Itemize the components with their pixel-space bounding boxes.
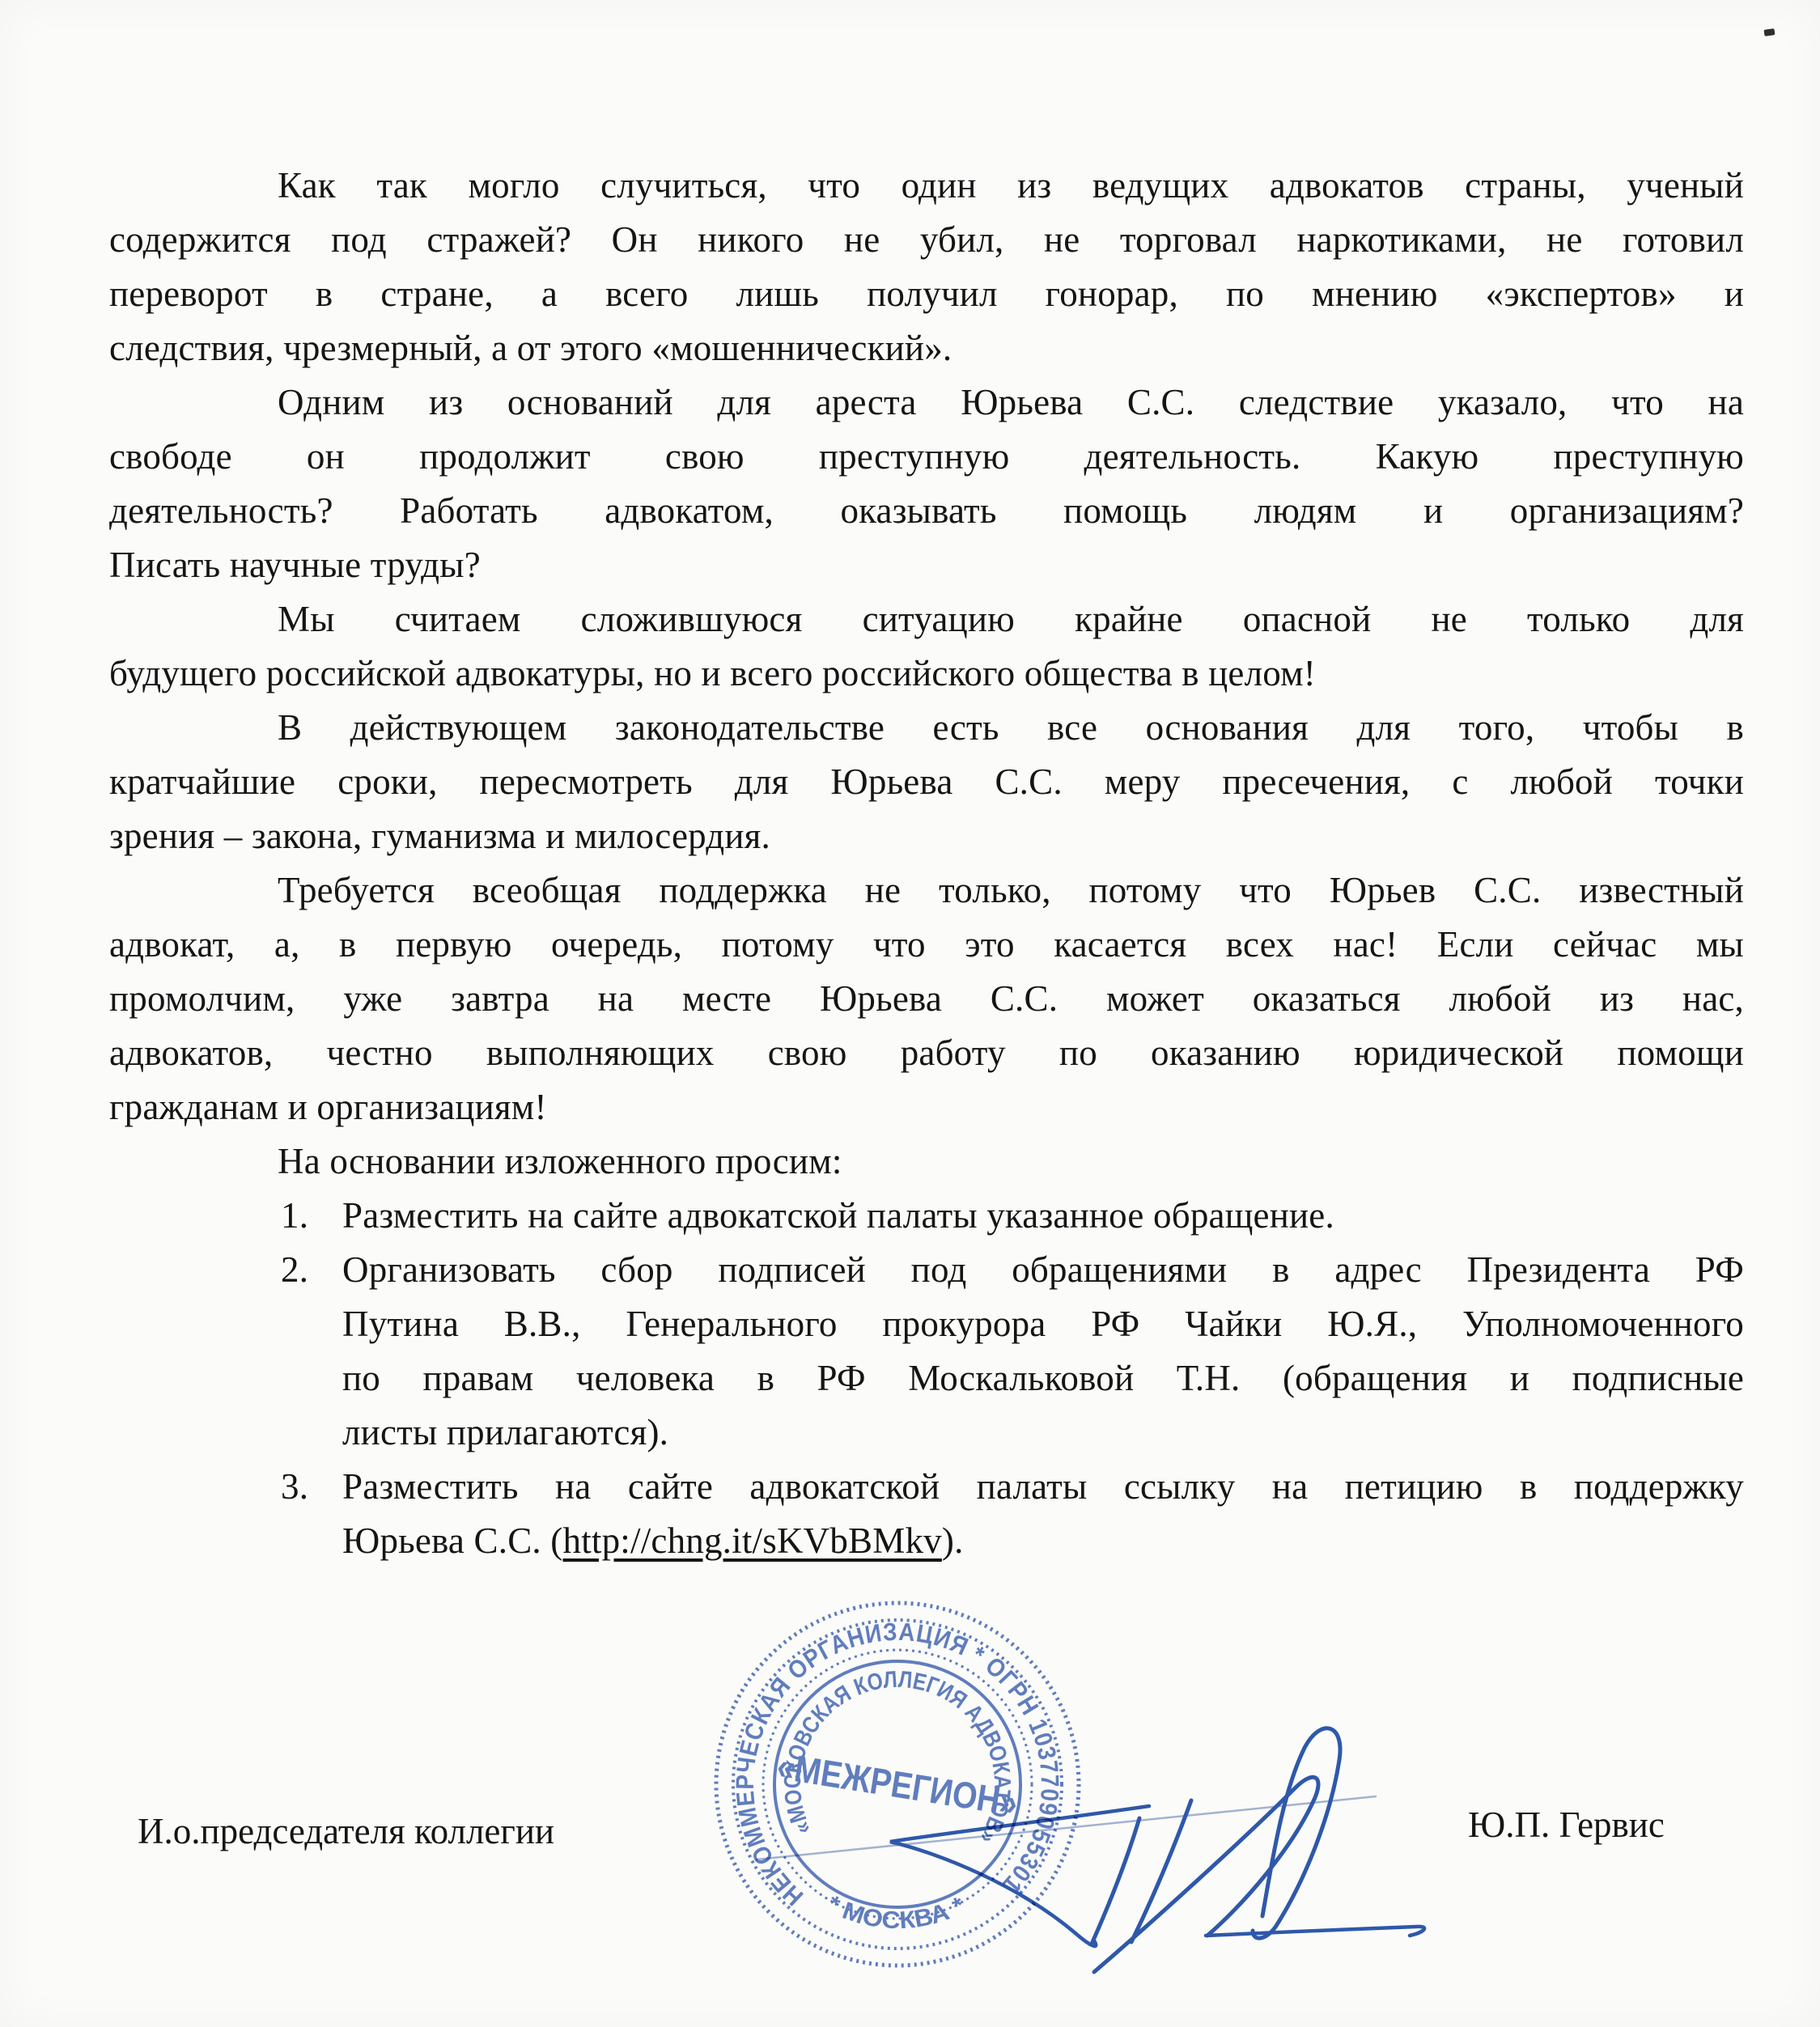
stamp-outer-dotted-ring2 (733, 1620, 1062, 1949)
list-number: 3. (281, 1460, 308, 1514)
stamp-middle-dotted-ring (763, 1650, 1032, 1919)
organization-stamp: НЕКОММЕРЧЕСКАЯ ОРГАНИЗАЦИЯ * ОГРН 103770… (716, 1603, 1079, 1966)
list-number: 1. (281, 1189, 308, 1243)
text-line: В действующем законодательстве есть все … (109, 701, 1744, 755)
paragraph: Одним из оснований для ареста Юрьева С.С… (109, 375, 1744, 592)
text-line: кратчайшие сроки, пересмотреть для Юрьев… (109, 755, 1744, 809)
svg-text:* МОСКВА *: * МОСКВА * (823, 1890, 969, 1934)
ink-speck (1764, 28, 1775, 36)
paragraph: В действующем законодательстве есть все … (109, 701, 1744, 863)
text-line: промолчим, уже завтра на месте Юрьева С.… (109, 972, 1744, 1026)
text-line: содержится под стражей? Он никого не уби… (109, 213, 1744, 267)
stamp-bottom-ring-text: * МОСКВА * (823, 1890, 969, 1934)
stamp-outer-ring-text: НЕКОММЕРЧЕСКАЯ ОРГАНИЗАЦИЯ * ОГРН 103770… (731, 1618, 1064, 1911)
text-line: гражданам и организациям! (109, 1080, 1744, 1134)
list-item: 2. Организовать сбор подписей под обраще… (109, 1243, 1744, 1460)
list-item: 1. Разместить на сайте адвокатской палат… (109, 1189, 1744, 1243)
stamp-outer-dotted-ring (716, 1603, 1079, 1966)
text-line: Юрьева С.С. (http://chng.it/sKVbBMkv). (342, 1514, 1744, 1568)
signer-name: Ю.П. Гервис (1468, 1798, 1665, 1852)
signature-stroke (890, 1806, 1149, 1946)
link-suffix: ). (942, 1520, 964, 1561)
handwritten-signature (757, 1728, 1424, 1972)
text-line: Разместить на сайте адвокатской палаты у… (342, 1189, 1744, 1243)
signature-stroke (1092, 1818, 1139, 1942)
svg-text:«МОСКОВСКАЯ КОЛЛЕГИЯ АДВОКАТОВ: «МОСКОВСКАЯ КОЛЛЕГИЯ АДВОКАТОВ» (780, 1667, 1015, 1848)
signature-hairline-stroke (757, 1796, 1376, 1859)
stamp-inner-circle (774, 1661, 1020, 1907)
text-line: листы прилагаются). (342, 1406, 1744, 1460)
text-line: Организовать сбор подписей под обращения… (342, 1243, 1744, 1297)
position-title: И.о.председателя коллегии (138, 1804, 554, 1859)
text-line: деятельность? Работать адвокатом, оказыв… (109, 484, 1744, 538)
list-item: 3. Разместить на сайте адвокатской палат… (109, 1460, 1744, 1568)
text-line: переворот в стране, а всего лишь получил… (109, 267, 1744, 321)
text-line: Мы считаем сложившуюся ситуацию крайне о… (109, 592, 1744, 647)
signature-stroke (1094, 1777, 1318, 1972)
text-line: по правам человека в РФ Москальковой Т.Н… (342, 1351, 1744, 1406)
signature-stroke (1253, 1728, 1340, 1938)
list-number: 2. (281, 1243, 308, 1297)
text-line: Путина В.В., Генерального прокурора РФ Ч… (342, 1297, 1744, 1351)
text-line: адвокатов, честно выполняющих свою работ… (109, 1026, 1744, 1080)
signature-stroke (1206, 1927, 1424, 1936)
paragraph: Как так могло случиться, что один из вед… (109, 159, 1744, 375)
stamp-center-text: «МЕЖРЕГИОН» (774, 1745, 1020, 1824)
text-line: свободе он продолжит свою преступную дея… (109, 430, 1744, 484)
text-line: Писать научные труды? (109, 538, 1744, 592)
stamp-inner-ring-text: «МОСКОВСКАЯ КОЛЛЕГИЯ АДВОКАТОВ» (780, 1667, 1015, 1848)
text-line: зрения – закона, гуманизма и милосердия. (109, 809, 1744, 863)
svg-text:НЕКОММЕРЧЕСКАЯ ОРГАНИЗАЦИЯ * О: НЕКОММЕРЧЕСКАЯ ОРГАНИЗАЦИЯ * ОГРН 103770… (731, 1618, 1064, 1911)
text-line: адвокат, а, в первую очередь, потому что… (109, 918, 1744, 972)
paragraph-request-intro: На основании изложенного просим: (109, 1134, 1744, 1189)
paragraph: Требуется всеобщая поддержка не только, … (109, 863, 1744, 1134)
text-line: следствия, чрезмерный, а от этого «мошен… (109, 321, 1744, 375)
text-line: Требуется всеобщая поддержка не только, … (109, 863, 1744, 918)
petition-link[interactable]: http://chng.it/sKVbBMkv (563, 1520, 942, 1561)
text-line: Разместить на сайте адвокатской палаты с… (342, 1460, 1744, 1514)
letter-body: Как так могло случиться, что один из вед… (109, 159, 1744, 1568)
text-line: Одним из оснований для ареста Юрьева С.С… (109, 375, 1744, 430)
signature-stroke (1131, 1800, 1191, 1942)
numbered-list: 1. Разместить на сайте адвокатской палат… (109, 1189, 1744, 1568)
link-prefix: Юрьева С.С. ( (342, 1520, 563, 1561)
text-line: будущего российской адвокатуры, но и все… (109, 647, 1744, 701)
paragraph: Мы считаем сложившуюся ситуацию крайне о… (109, 592, 1744, 701)
text-line: На основании изложенного просим: (109, 1134, 1744, 1189)
text-line: Как так могло случиться, что один из вед… (109, 159, 1744, 213)
scanned-letter-page: Как так могло случиться, что один из вед… (0, 0, 1820, 2027)
